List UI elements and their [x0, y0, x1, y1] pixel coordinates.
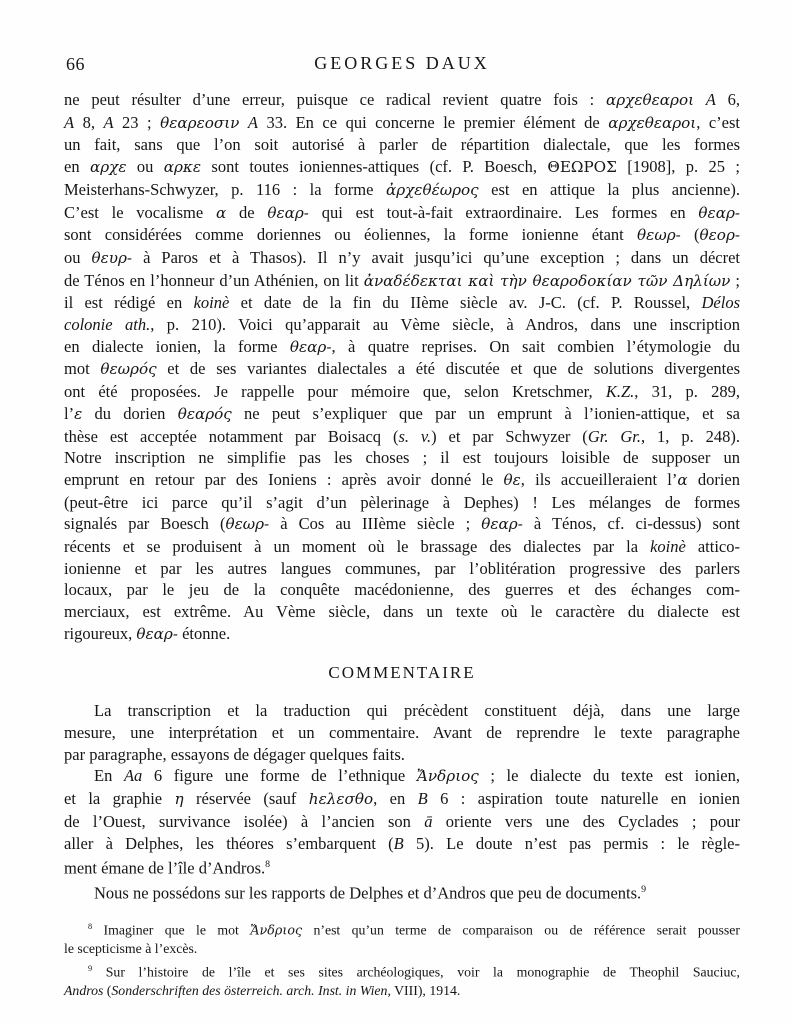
body-paragraph-1: ne peut résulter d’une erreur, puisque c… — [64, 89, 740, 646]
greek-text: ἀναδέδεκται καὶ τὴν θεαροδοκίαν τῶν Δηλί… — [364, 272, 731, 290]
greek-text: θεωρ- — [225, 515, 269, 533]
text-line: en αρχε ou αρκε sont toutes ioniennes-at… — [64, 156, 740, 179]
emphasis-text: ā — [424, 812, 432, 831]
text-line: et la graphie η réservée (sauf hελεσθο, … — [64, 788, 740, 811]
text-line: Nous ne possédons sur les rapports de De… — [64, 879, 740, 904]
greek-text: η — [175, 790, 184, 808]
scanned-article-page: 66 GEORGES DAUX ne peut résulter d’une e… — [0, 0, 792, 1024]
greek-text: θεαρ- — [481, 515, 523, 533]
text-line: Notre inscription ne simplifie pas les c… — [64, 447, 740, 469]
greek-text: ΘΕΩΡΟΣ — [547, 158, 616, 176]
text-line: ne peut résulter d’une erreur, puisque c… — [64, 89, 740, 112]
text-line: (peut-être ici parce qu’il s’agit d’un p… — [64, 492, 740, 514]
emphasis-text: A — [64, 113, 74, 132]
greek-text: θεαρ- — [290, 338, 332, 356]
greek-text: αρχεθεαροι — [606, 91, 694, 109]
text-block: ne peut résulter d’une erreur, puisque c… — [64, 0, 740, 1001]
footnotes: 8 Imaginer que le mot Ἄνδριος n’est qu’u… — [64, 917, 740, 1001]
text-line: un fait, sans que l’on soit autorisé à p… — [64, 134, 740, 156]
greek-text: αρχε — [90, 158, 127, 176]
text-line: La transcription et la traduction qui pr… — [64, 700, 740, 722]
text-line: ont été proposées. Je rappelle pour mémo… — [64, 381, 740, 403]
greek-text: α — [216, 204, 226, 222]
text-line: de Ténos en l’honneur d’un Athénien, on … — [64, 270, 740, 293]
text-line: thèse est acceptée notamment par Boisacq… — [64, 426, 740, 448]
text-line: A 8, A 23 ; θεαρεοσιν A 33. En ce qui co… — [64, 112, 740, 135]
text-line: aller à Delphes, les théores s’embarquen… — [64, 833, 740, 855]
footnote-ref: 9 — [88, 964, 92, 973]
text-line: emprunt en retour par des Ioniens : aprè… — [64, 469, 740, 492]
greek-text: θε — [503, 471, 520, 489]
greek-text: hελεσθο — [309, 790, 373, 808]
greek-text: θεαρ- — [267, 204, 309, 222]
greek-text: α — [677, 471, 687, 489]
text-line: mot θεωρός et de ses variantes dialectal… — [64, 358, 740, 381]
emphasis-text: Aa — [124, 766, 142, 785]
greek-text: Ἄνδριος — [250, 922, 302, 937]
section-heading: COMMENTAIRE — [64, 662, 740, 684]
text-line: ou θευρ- à Paros et à Thasos). Il n’y av… — [64, 247, 740, 270]
greek-text: ἀρχεθέωρος — [386, 181, 479, 199]
text-line: signalés par Boesch (θεωρ- à Cos au IIIè… — [64, 513, 740, 536]
text-line: 9 Sur l’histoire de l’île et ses sites a… — [64, 959, 740, 982]
text-line: récents et se produisent à un moment où … — [64, 536, 740, 558]
text-line: C’est le vocalisme α de θεαρ- qui est to… — [64, 202, 740, 225]
emphasis-text: A — [248, 113, 258, 132]
text-line: mesure, une interprétation et un comment… — [64, 722, 740, 744]
body-paragraph-3: En Aa 6 figure une forme de l’ethnique Ἄ… — [64, 765, 740, 879]
footnote-ref: 9 — [641, 884, 646, 895]
text-line: il est rédigé en koinè et date de la fin… — [64, 292, 740, 314]
text-line: l’ε du dorien θεαρός ne peut s’expliquer… — [64, 403, 740, 426]
text-line: en dialecte ionien, la forme θεαρ-, à qu… — [64, 336, 740, 359]
emphasis-text: koinè — [194, 293, 230, 312]
greek-text: θεαρός — [178, 405, 232, 423]
emphasis-text: Délos — [702, 293, 741, 312]
text-line: 8 Imaginer que le mot Ἄνδριος n’est qu’u… — [64, 917, 740, 940]
text-line: locaux, par le jeu de la conquête macédo… — [64, 579, 740, 601]
text-line: sont considérées comme doriennes ou éoli… — [64, 224, 740, 247]
footnote-ref: 8 — [265, 859, 270, 870]
text-line: rigoureux, θεαρ- étonne. — [64, 623, 740, 646]
emphasis-text: Sonderschriften des österreich. arch. In… — [111, 983, 387, 998]
greek-text: θευρ- — [92, 249, 133, 267]
text-line: le scepticisme à l’excès. — [64, 939, 740, 958]
text-line: Meisterhans-Schwyzer, p. 116 : la forme … — [64, 179, 740, 202]
footnote-ref: 8 — [88, 922, 92, 931]
emphasis-text: koinè — [650, 537, 686, 556]
emphasis-text: colonie ath. — [64, 315, 150, 334]
emphasis-text: B — [418, 789, 428, 808]
greek-text: θεορ- — [700, 226, 740, 244]
emphasis-text: A — [103, 113, 113, 132]
emphasis-text: A — [706, 90, 716, 109]
greek-text: αρκε — [164, 158, 201, 176]
body-paragraph-2: La transcription et la traduction qui pr… — [64, 700, 740, 765]
emphasis-text: Andros — [64, 983, 103, 998]
text-line: ionienne et par les autres langues commu… — [64, 558, 740, 580]
text-line: En Aa 6 figure une forme de l’ethnique Ἄ… — [64, 765, 740, 788]
text-line: merciaux, est extrême. Au Vème siècle, d… — [64, 601, 740, 623]
footnote-8: 8 Imaginer que le mot Ἄνδριος n’est qu’u… — [64, 917, 740, 959]
text-line: colonie ath., p. 210). Voici qu’apparait… — [64, 314, 740, 336]
footnote-9: 9 Sur l’histoire de l’île et ses sites a… — [64, 959, 740, 1001]
emphasis-text: K.Z. — [606, 382, 634, 401]
greek-text: θεαρεοσιν — [160, 114, 239, 132]
emphasis-text: s. v. — [398, 427, 431, 446]
greek-text: ε — [74, 405, 82, 423]
greek-text: θεωρ- — [637, 226, 681, 244]
greek-text: θεαρ- — [136, 625, 178, 643]
text-line: Andros (Sonderschriften des österreich. … — [64, 981, 740, 1000]
emphasis-text: B — [394, 834, 404, 853]
greek-text: θεωρός — [100, 360, 156, 378]
greek-text: θεαρ- — [698, 204, 740, 222]
greek-text: αρχεθεαροι — [608, 114, 696, 132]
text-line: de l’Ouest, survivance isolée) à l’ancie… — [64, 811, 740, 833]
text-line: par paragraphe, essayons de dégager quel… — [64, 744, 740, 766]
greek-text: Ἄνδριος — [417, 767, 479, 785]
emphasis-text: Gr. Gr. — [588, 427, 641, 446]
text-line: ment émane de l’île d’Andros.8 — [64, 854, 740, 879]
body-paragraph-4: Nous ne possédons sur les rapports de De… — [64, 879, 740, 904]
